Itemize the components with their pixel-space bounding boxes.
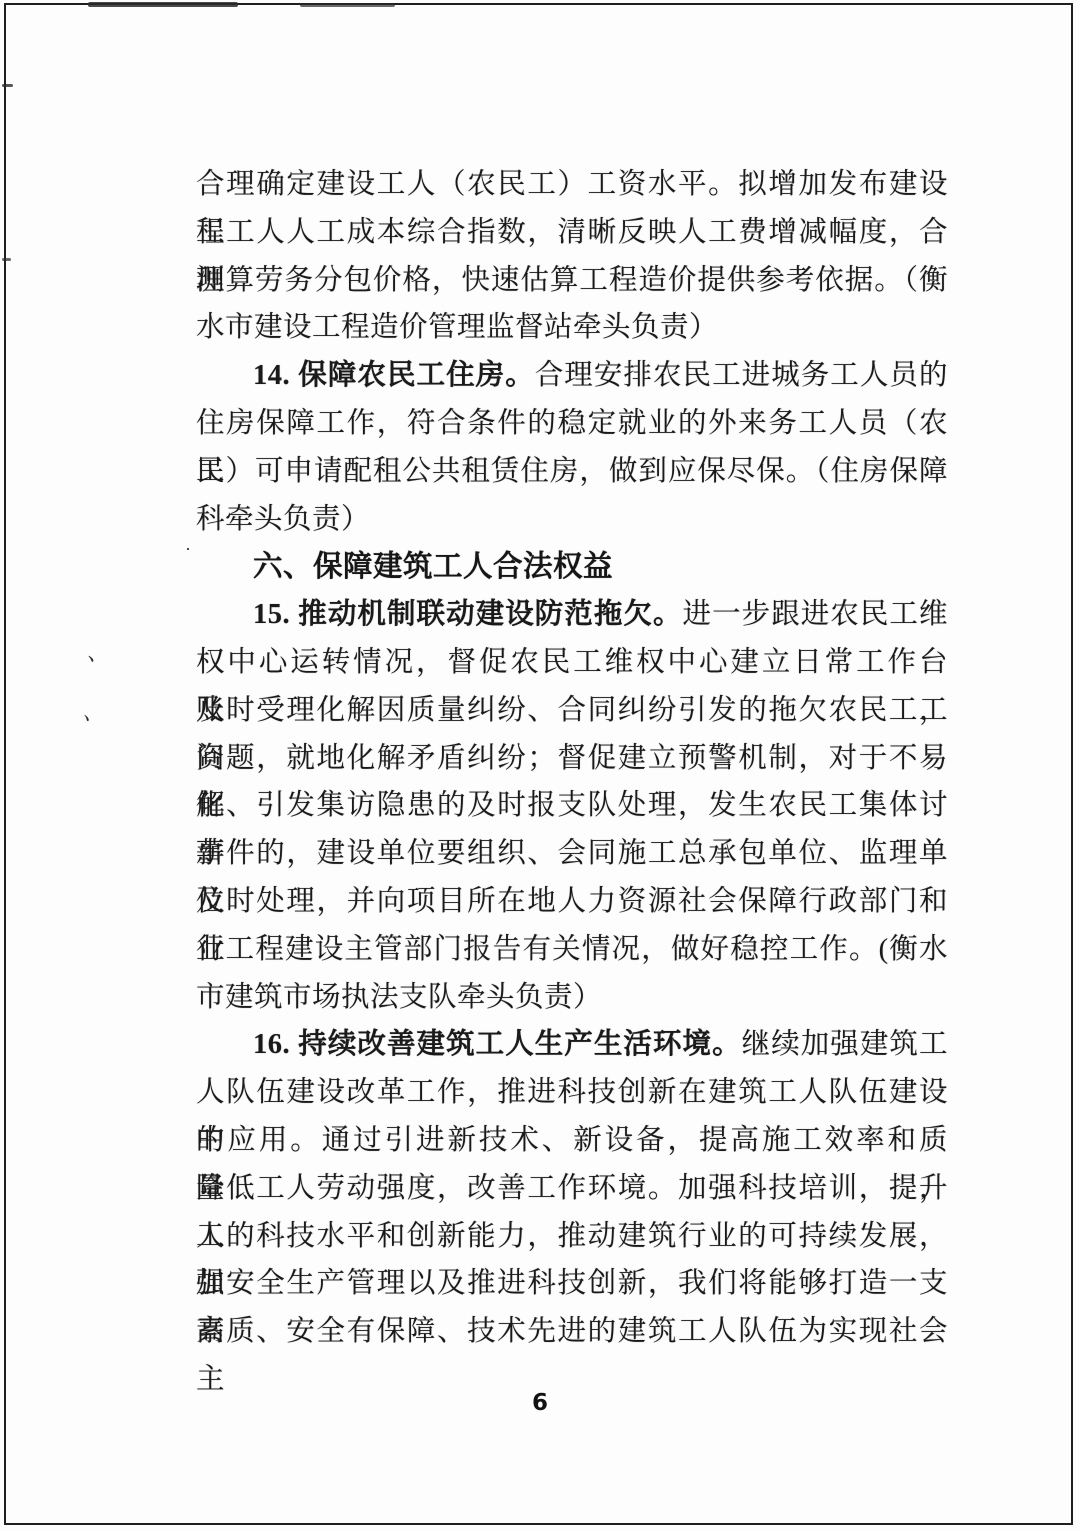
text-line: 素质、安全有保障、技术先进的建筑工人队伍为实现社会主 bbox=[196, 1308, 948, 1356]
line-regular-text: 进一步跟进农民工维 bbox=[683, 599, 948, 630]
text-line: 及时处理，并向项目所在地人力资源社会保障行政部门和行 bbox=[196, 878, 948, 926]
line-bold-text: 14. 保障农民工住房。 bbox=[253, 360, 535, 391]
line-regular-text: 测算劳务分包价格，快速估算工程造价提供参考依据。（衡 bbox=[196, 265, 948, 296]
line-regular-text: 工）可申请配租公共租赁住房，做到应保尽保。（住房保障 bbox=[196, 456, 948, 487]
text-line: 人的科技水平和创新能力，推动建筑行业的可持续发展，加 bbox=[196, 1213, 948, 1261]
line-regular-text: 业工程建设主管部门报告有关情况，做好稳控工作。(衡水 bbox=[196, 934, 948, 965]
text-line: 的应用。通过引进新技术、新设备，提高施工效率和质量， bbox=[196, 1117, 948, 1165]
text-line: 工）可申请配租公共租赁住房，做到应保尽保。（住房保障 bbox=[196, 448, 948, 496]
scan-artifact-mark: 、 bbox=[87, 642, 112, 667]
text-line: 14. 保障农民工住房。合理安排农民工进城务工人员的 bbox=[196, 352, 948, 400]
text-line: 人队伍建设改革工作，推进科技创新在建筑工人队伍建设中 bbox=[196, 1069, 948, 1117]
text-line: 及时受理化解因质量纠纷、合同纠纷引发的拖欠农民工工资 bbox=[196, 687, 948, 735]
text-line: 强安全生产管理以及推进科技创新，我们将能够打造一支高 bbox=[196, 1260, 948, 1308]
section-heading: 六、保障建筑工人合法权益 bbox=[196, 543, 948, 591]
text-line: 科牵头负责） bbox=[196, 496, 948, 544]
scan-artifact-dot: · bbox=[185, 540, 191, 558]
text-line: 16. 持续改善建筑工人生产生活环境。继续加强建筑工 bbox=[196, 1021, 948, 1069]
line-regular-text: 素质、安全有保障、技术先进的建筑工人队伍为实现社会主 bbox=[196, 1316, 948, 1395]
scan-smudge bbox=[88, 2, 238, 7]
line-regular-text: 水市建设工程造价管理监督站牵头负责） bbox=[196, 312, 718, 343]
text-line: 合理确定建设工人（农民工）工资水平。拟增加发布建设工 bbox=[196, 161, 948, 209]
text-line: 水市建设工程造价管理监督站牵头负责） bbox=[196, 304, 948, 352]
scan-smudge bbox=[2, 258, 11, 261]
line-regular-text: 合理安排农民工进城务工人员的 bbox=[535, 360, 948, 391]
text-line: 权中心运转情况，督促农民工维权中心建立日常工作台账， bbox=[196, 639, 948, 687]
scan-smudge bbox=[300, 3, 395, 7]
text-line: 解、引发集访隐患的及时报支队处理，发生农民工集体讨薪 bbox=[196, 782, 948, 830]
text-line: 15. 推动机制联动建设防范拖欠。进一步跟进农民工维 bbox=[196, 591, 948, 639]
scanned-document-page: 、 、 · 合理确定建设工人（农民工）工资水平。拟增加发布建设工程工人人工成本综… bbox=[0, 0, 1080, 1531]
text-line: 降低工人劳动强度，改善工作环境。加强科技培训，提升工 bbox=[196, 1165, 948, 1213]
line-bold-text: 15. 推动机制联动建设防范拖欠。 bbox=[253, 599, 683, 630]
text-line: 事件的，建设单位要组织、会同施工总承包单位、监理单位 bbox=[196, 830, 948, 878]
line-bold-text: 16. 持续改善建筑工人生产生活环境。 bbox=[253, 1029, 742, 1060]
line-bold-text: 六、保障建筑工人合法权益 bbox=[253, 549, 613, 583]
text-line: 问题，就地化解矛盾纠纷；督促建立预警机制，对于不易化 bbox=[196, 735, 948, 783]
text-line: 住房保障工作，符合条件的稳定就业的外来务工人员（农民 bbox=[196, 400, 948, 448]
line-regular-text: 继续加强建筑工 bbox=[742, 1029, 948, 1060]
text-line: 业工程建设主管部门报告有关情况，做好稳控工作。(衡水 bbox=[196, 926, 948, 974]
line-regular-text: 市建筑市场执法支队牵头负责） bbox=[196, 982, 602, 1013]
text-line: 程工人人工成本综合指数，清晰反映人工费增减幅度，合理 bbox=[196, 209, 948, 257]
scan-artifact-mark: 、 bbox=[82, 701, 109, 728]
document-text-block: 合理确定建设工人（农民工）工资水平。拟增加发布建设工程工人人工成本综合指数，清晰… bbox=[196, 161, 948, 1356]
line-regular-text: 科牵头负责） bbox=[196, 504, 370, 535]
page-number: 6 bbox=[0, 1390, 1080, 1416]
scan-smudge bbox=[2, 84, 13, 87]
text-line: 测算劳务分包价格，快速估算工程造价提供参考依据。（衡 bbox=[196, 257, 948, 305]
text-line: 市建筑市场执法支队牵头负责） bbox=[196, 974, 948, 1022]
